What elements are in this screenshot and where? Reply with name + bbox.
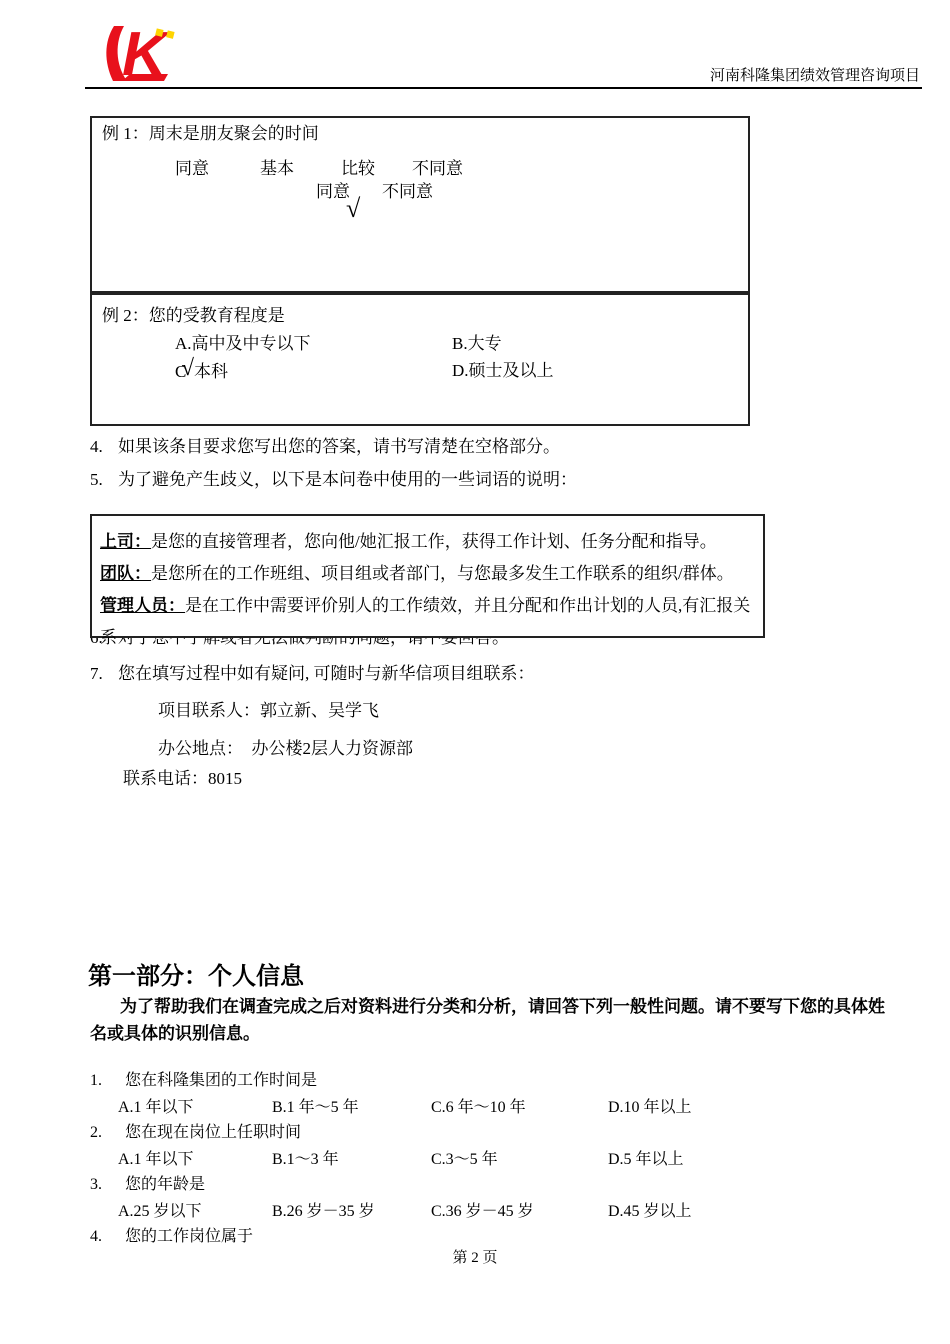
item-text: 您在填写过程中如有疑问, 可随时与新华信项目组联系： <box>118 664 535 683</box>
definitions-box: 上司：是您的直接管理者，您向他/她汇报工作，获得工作计划、任务分配和指导。 团队… <box>90 514 765 638</box>
definition-boss: 上司：是您的直接管理者，您向他/她汇报工作，获得工作计划、任务分配和指导。 <box>100 526 755 558</box>
contact-value: 郭立新、吴学飞 <box>260 701 379 720</box>
question-number: 3. <box>90 1174 102 1195</box>
scale-label-disagree: 不同意 <box>412 158 463 180</box>
definition-text: 是您的直接管理者，您向他/她汇报工作，获得工作计划、任务分配和指导。 <box>151 532 717 551</box>
item-text: 如果该条目要求您写出您的答案，请书写清楚在空格部分。 <box>118 437 560 456</box>
definition-term: 团队： <box>100 564 151 583</box>
question-option: A.1 年以下 <box>118 1149 194 1170</box>
definition-term: 上司： <box>100 532 151 551</box>
contact-person-line: 项目联系人：郭立新、吴学飞 <box>158 700 379 722</box>
item-number: 4. <box>90 436 118 458</box>
question-option: B.1～3 年 <box>272 1149 339 1170</box>
item-number: 7. <box>90 663 118 685</box>
section-intro: 为了帮助我们在调查完成之后对资料进行分类和分析，请回答下列一般性问题。请不要写下… <box>90 993 890 1047</box>
scale-label-basically: 基本 <box>260 158 294 180</box>
example2-title: 例 2：您的受教育程度是 <box>102 305 285 327</box>
question-option: B.26 岁－35 岁 <box>272 1201 375 1222</box>
instruction-item-4: 4.如果该条目要求您写出您的答案，请书写清楚在空格部分。 <box>90 436 560 458</box>
header-project-title: 河南科隆集团绩效管理咨询项目 <box>710 64 920 85</box>
option-a: A.高中及中专以下 <box>175 333 311 355</box>
contact-label: 项目联系人： <box>158 701 260 720</box>
scale-label-agree2: 同意 <box>316 181 350 203</box>
example2-box: 例 2：您的受教育程度是 A.高中及中专以下 B.大专 C√本科 D.硕士及以上 <box>90 293 750 426</box>
question-option: A.1 年以下 <box>118 1097 194 1118</box>
document-page: K 河南科隆集团绩效管理咨询项目 例 1：周末是朋友聚会的时间 同意 基本 比较… <box>0 0 950 1344</box>
checkmark-icon: √ <box>181 355 194 380</box>
scale-label-rather: 比较 <box>341 158 375 180</box>
scale-label-disagree2: 不同意 <box>382 181 433 203</box>
contact-office-line: 办公地点： 办公楼2层人力资源部 <box>158 738 413 760</box>
definition-manager: 管理人员：是在工作中需要评价别人的工作绩效，并且分配和作出计划的人员,有汇报关系 <box>100 590 755 654</box>
question-option: D.10 年以上 <box>608 1097 692 1118</box>
contact-value: 8015 <box>208 769 242 788</box>
item-text: 为了避免产生歧义，以下是本问卷中使用的一些词语的说明： <box>118 470 577 489</box>
contact-value: 办公楼2层人力资源部 <box>235 739 414 758</box>
question-option: D.5 年以上 <box>608 1149 684 1170</box>
option-c-text: 本科 <box>194 362 228 381</box>
contact-phone-line: 联系电话：8015 <box>123 768 242 790</box>
example1-box: 例 1：周末是朋友聚会的时间 同意 基本 比较 不同意 同意 不同意 √ <box>90 116 750 293</box>
question-option: A.25 岁以下 <box>118 1201 202 1222</box>
question-option: C.36 岁－45 岁 <box>431 1201 534 1222</box>
question-option: C.3～5 年 <box>431 1149 498 1170</box>
question-number: 2. <box>90 1122 102 1143</box>
scale-label-agree: 同意 <box>175 158 209 180</box>
page-number: 第 2 页 <box>0 1246 950 1267</box>
question-text: 您的年龄是 <box>125 1174 205 1195</box>
question-text: 您在科隆集团的工作时间是 <box>125 1070 317 1091</box>
question-option: C.6 年～10 年 <box>431 1097 526 1118</box>
question-number: 1. <box>90 1070 102 1091</box>
definition-term: 管理人员： <box>100 596 185 615</box>
contact-label: 联系电话： <box>123 769 208 788</box>
question-text: 您的工作岗位属于 <box>125 1226 253 1247</box>
option-c: C√本科 <box>175 359 228 383</box>
question-option: B.1 年～5 年 <box>272 1097 359 1118</box>
section-heading: 第一部分：个人信息 <box>88 956 304 991</box>
definition-text: 是您所在的工作班组、项目组或者部门，与您最多发生工作联系的组织/群体。 <box>151 564 734 583</box>
kelong-logo-icon: K <box>98 24 188 86</box>
question-number: 4. <box>90 1226 102 1247</box>
item-number: 5. <box>90 469 118 491</box>
checkmark-icon: √ <box>346 196 360 222</box>
question-option: D.45 岁以上 <box>608 1201 692 1222</box>
contact-label: 办公地点： <box>158 739 235 758</box>
definition-text: 是在工作中需要评价别人的工作绩效，并且分配和作出计划的人员,有汇报关系 <box>100 596 750 647</box>
example1-title: 例 1：周末是朋友聚会的时间 <box>102 123 319 145</box>
header-rule <box>85 87 922 89</box>
instruction-item-5: 5.为了避免产生歧义，以下是本问卷中使用的一些词语的说明： <box>90 469 577 491</box>
option-d: D.硕士及以上 <box>452 360 554 382</box>
question-text: 您在现在岗位上任职时间 <box>125 1122 301 1143</box>
svg-text:K: K <box>122 24 171 86</box>
definition-team: 团队：是您所在的工作班组、项目组或者部门，与您最多发生工作联系的组织/群体。 <box>100 558 755 590</box>
option-b: B.大专 <box>452 333 502 355</box>
instruction-item-7: 7.您在填写过程中如有疑问, 可随时与新华信项目组联系： <box>90 663 535 685</box>
